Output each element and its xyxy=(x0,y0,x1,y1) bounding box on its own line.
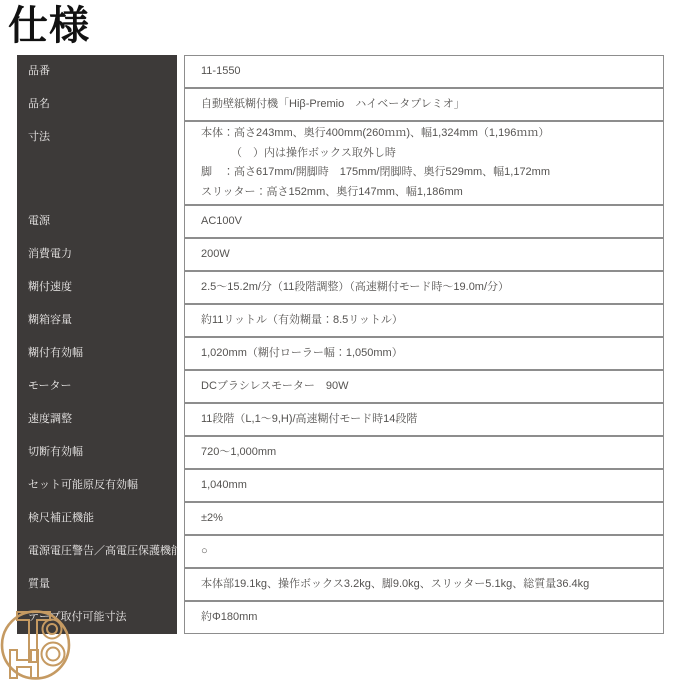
spec-label: 電源 xyxy=(17,205,177,238)
spec-row: 糊付速度 2.5～15.2m/分（11段階調整）（高速糊付モード時～19.0m/… xyxy=(17,271,664,304)
spec-value: 2.5～15.2m/分（11段階調整）（高速糊付モード時～19.0m/分） xyxy=(184,271,664,304)
spec-row: 検尺補正機能 ±2% xyxy=(17,502,664,535)
spec-label: セット可能原反有効幅 xyxy=(17,469,177,502)
page-title: 仕様 xyxy=(8,2,680,50)
spec-value: 本体：高さ243mm、奥行400mm(260ｍｍ)、幅1,324mm（1,196… xyxy=(184,121,664,205)
spec-row: 消費電力 200W xyxy=(17,238,664,271)
spec-label: 糊付有効幅 xyxy=(17,337,177,370)
spec-value: 200W xyxy=(184,238,664,271)
spec-table: 品番 11-1550 品名 自動壁紙糊付機「Hiβ-Premio ハイベータプレ… xyxy=(17,55,664,634)
spec-value: 約Φ180mm xyxy=(184,601,664,634)
spec-label: 電源電圧警告／高電圧保護機能 xyxy=(17,535,177,568)
spec-label: 切断有効幅 xyxy=(17,436,177,469)
spec-label: 糊付速度 xyxy=(17,271,177,304)
spec-value: 1,020mm（糊付ローラー幅：1,050mm） xyxy=(184,337,664,370)
spec-value: ±2% xyxy=(184,502,664,535)
spec-row: 電源 AC100V xyxy=(17,205,664,238)
spec-row: 切断有効幅 720～1,000mm xyxy=(17,436,664,469)
spec-value-line: 脚 ：高さ617mm/開脚時 175mm/閉脚時、奥行529mm、幅1,172m… xyxy=(201,163,651,183)
spec-value-line: 本体：高さ243mm、奥行400mm(260ｍｍ)、幅1,324mm（1,196… xyxy=(201,124,651,144)
spec-label: 寸法 xyxy=(17,121,177,205)
spec-label: 品名 xyxy=(17,88,177,121)
spec-label: モーター xyxy=(17,370,177,403)
spec-value: 11段階（L,1～9,H)/高速糊付モード時14段階 xyxy=(184,403,664,436)
spec-value: 自動壁紙糊付機「Hiβ-Premio ハイベータプレミオ」 xyxy=(184,88,664,121)
spec-value: 11-1550 xyxy=(184,55,664,88)
spec-row: モーター DCブラシレスモーター 90W xyxy=(17,370,664,403)
spec-value: 1,040mm xyxy=(184,469,664,502)
spec-row: 品名 自動壁紙糊付機「Hiβ-Premio ハイベータプレミオ」 xyxy=(17,88,664,121)
spec-row: セット可能原反有効幅 1,040mm xyxy=(17,469,664,502)
spec-value: 本体部19.1kg、操作ボックス3.2kg、脚9.0kg、スリッター5.1kg、… xyxy=(184,568,664,601)
spec-value: AC100V xyxy=(184,205,664,238)
spec-row: テープ取付可能寸法 約Φ180mm xyxy=(17,601,664,634)
spec-row: 糊箱容量 約11リットル（有効糊量：8.5リットル） xyxy=(17,304,664,337)
spec-label: 消費電力 xyxy=(17,238,177,271)
spec-page: { "page_title": "仕様", "colors": { "label… xyxy=(0,0,680,680)
spec-value-line: （ ）内は操作ボックス取外し時 xyxy=(201,144,651,164)
spec-value-line: スリッター：高さ152mm、奥行147mm、幅1,186mm xyxy=(201,183,651,203)
spec-row: 電源電圧警告／高電圧保護機能 ○ xyxy=(17,535,664,568)
spec-label: 速度調整 xyxy=(17,403,177,436)
spec-value: ○ xyxy=(184,535,664,568)
spec-value: DCブラシレスモーター 90W xyxy=(184,370,664,403)
spec-label: 検尺補正機能 xyxy=(17,502,177,535)
spec-label: 糊箱容量 xyxy=(17,304,177,337)
spec-value: 約11リットル（有効糊量：8.5リットル） xyxy=(184,304,664,337)
logo-letter-h xyxy=(10,650,38,678)
spec-label: テープ取付可能寸法 xyxy=(17,601,177,634)
spec-value: 720～1,000mm xyxy=(184,436,664,469)
spec-row: 速度調整 11段階（L,1～9,H)/高速糊付モード時14段階 xyxy=(17,403,664,436)
spec-row: 糊付有効幅 1,020mm（糊付ローラー幅：1,050mm） xyxy=(17,337,664,370)
spec-row: 寸法 本体：高さ243mm、奥行400mm(260ｍｍ)、幅1,324mm（1,… xyxy=(17,121,664,205)
spec-row: 品番 11-1550 xyxy=(17,55,664,88)
spec-label: 品番 xyxy=(17,55,177,88)
spec-row: 質量 本体部19.1kg、操作ボックス3.2kg、脚9.0kg、スリッター5.1… xyxy=(17,568,664,601)
spec-label: 質量 xyxy=(17,568,177,601)
